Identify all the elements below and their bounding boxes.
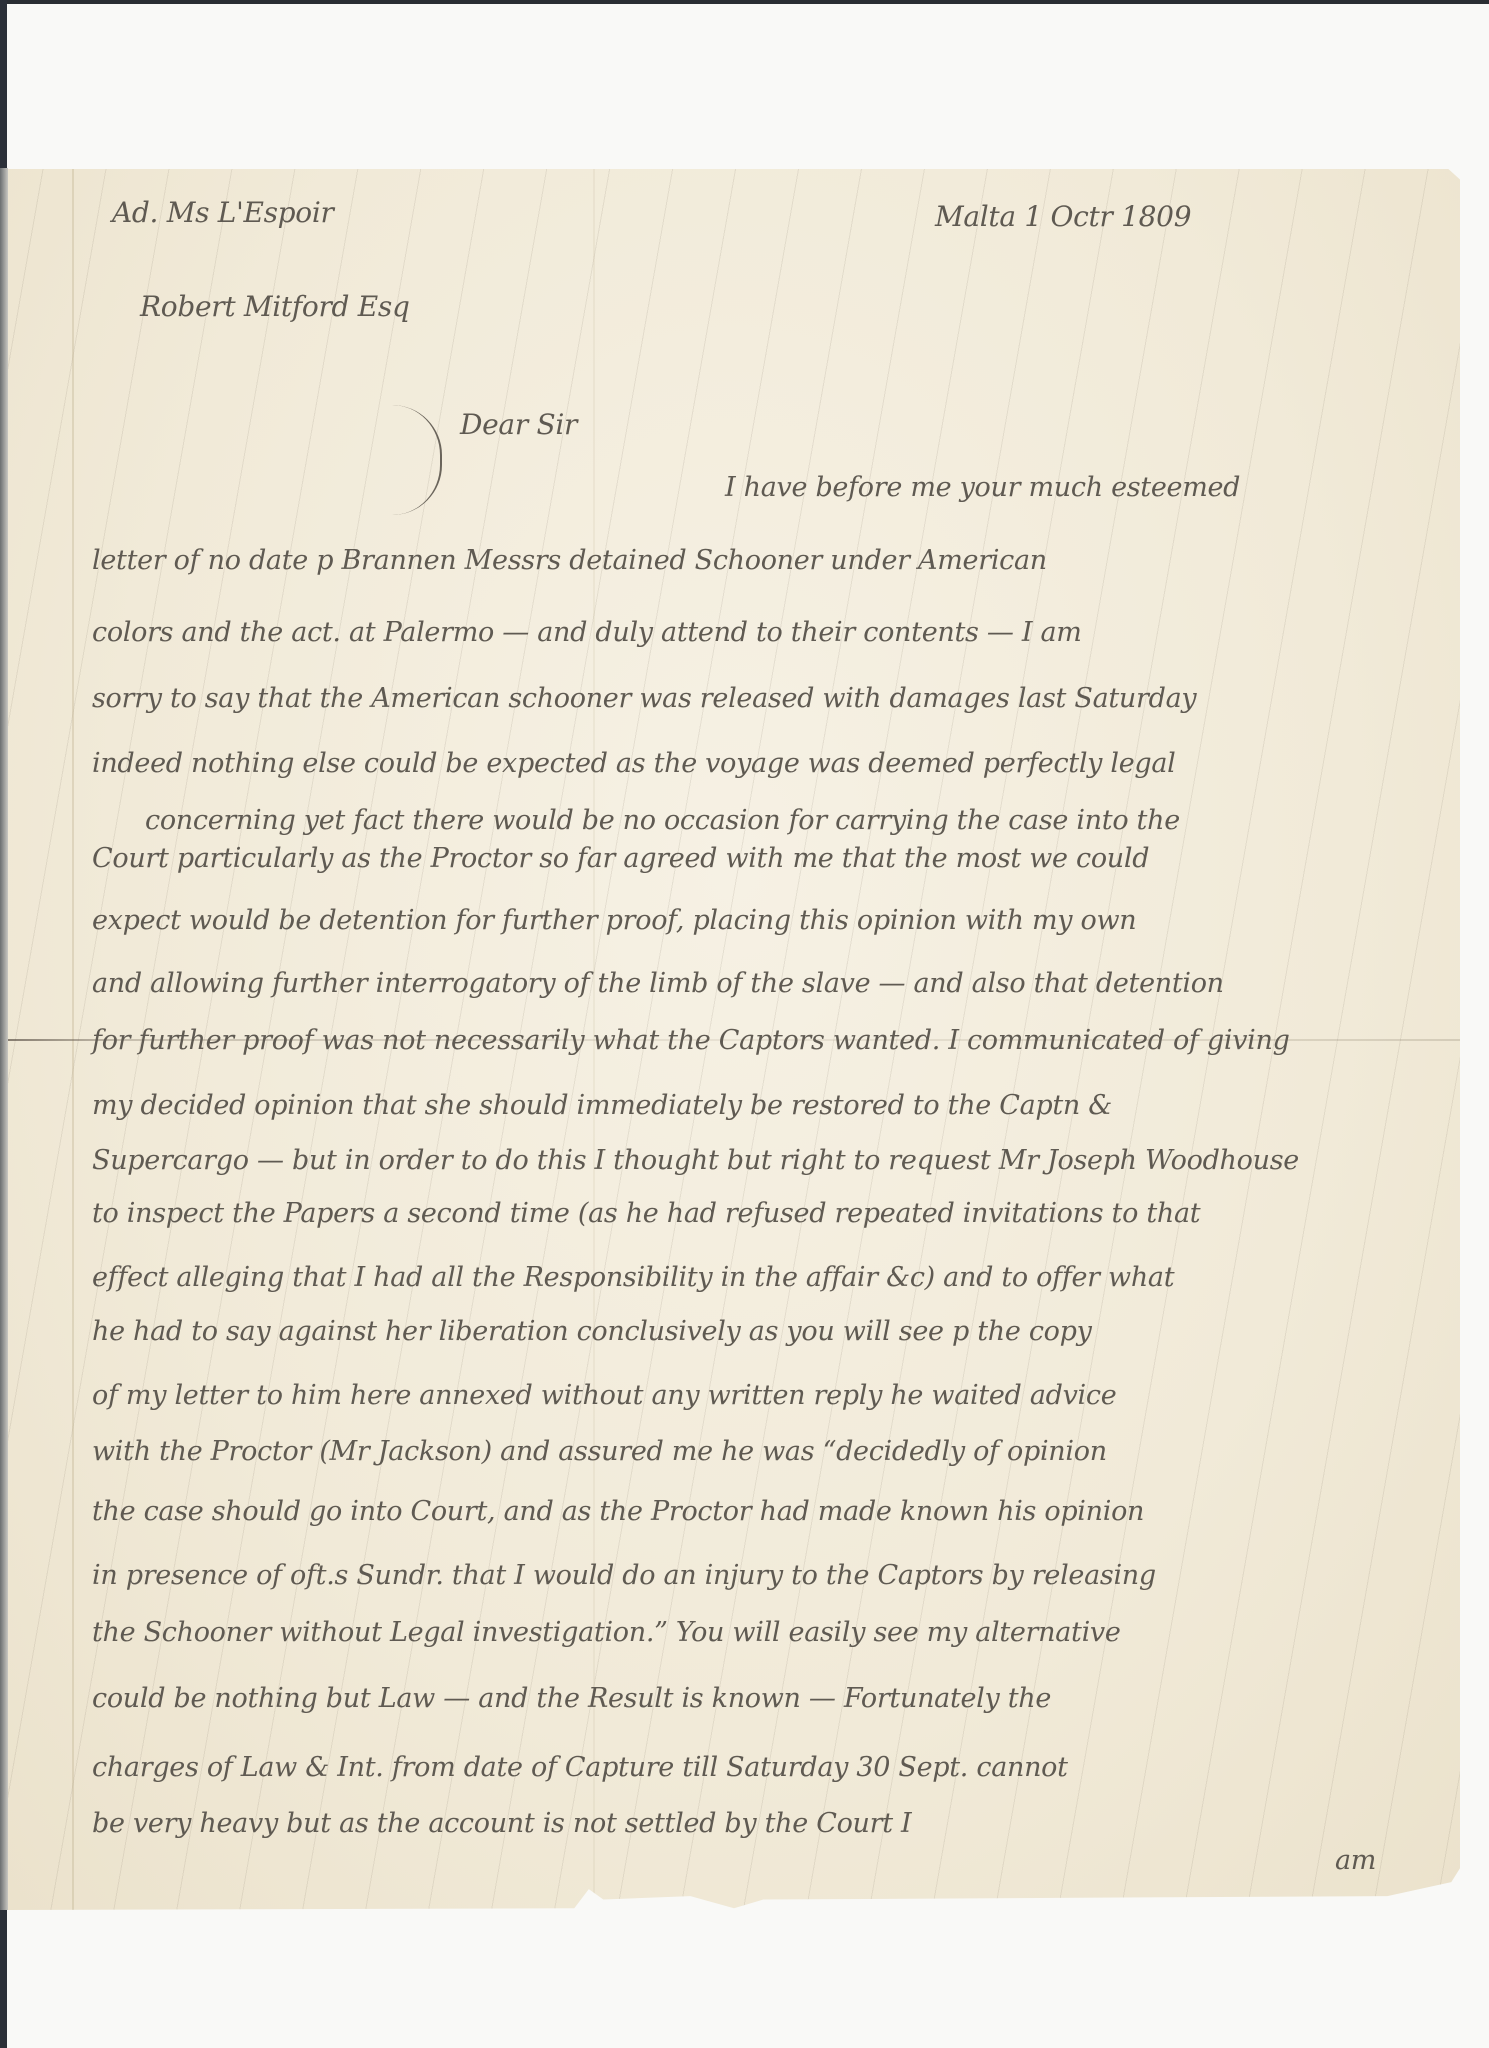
body-line: sorry to say that the American schooner … [92,683,1196,714]
body-line: I have before me your much esteemed [725,472,1240,503]
ship-name-line: Ad. Ms L'Espoir [112,196,334,229]
body-line: Court particularly as the Proctor so far… [92,843,1149,874]
body-line: the case should go into Court, and as th… [92,1496,1144,1527]
body-line: my decided opinion that she should immed… [92,1090,1112,1121]
salutation: Dear Sir [460,408,577,441]
body-line: indeed nothing else could be expected as… [92,748,1176,779]
body-line: for further proof was not necessarily wh… [92,1025,1290,1056]
paper-left-edge-shadow [0,168,8,1910]
body-line: and allowing further interrogatory of th… [92,968,1224,999]
scan-top-edge [0,0,1489,4]
body-line: effect alleging that I had all the Respo… [92,1262,1174,1293]
body-line: he had to say against her liberation con… [92,1316,1092,1347]
body-line: the Schooner without Legal investigation… [92,1617,1121,1648]
body-line: to inspect the Papers a second time (as … [92,1198,1200,1229]
body-line: expect would be detention for further pr… [92,905,1136,936]
addressee: Robert Mitford Esq [140,290,410,323]
body-line: be very heavy but as the account is not … [92,1808,911,1839]
body-line: with the Proctor (Mr Jackson) and assure… [92,1436,1107,1467]
catchword: am [1335,1845,1376,1876]
body-line: colors and the act. at Palermo — and dul… [92,617,1082,648]
body-line: Supercargo — but in order to do this I t… [92,1145,1299,1176]
body-line: of my letter to him here annexed without… [92,1380,1116,1411]
body-line: concerning yet fact there would be no oc… [145,805,1180,836]
place-date: Malta 1 Octr 1809 [935,200,1191,233]
body-line: letter of no date p Brannen Messrs detai… [92,545,1047,576]
body-line: could be nothing but Law — and the Resul… [92,1683,1051,1714]
body-line: in presence of oft.s Sundr. that I would… [92,1560,1156,1591]
body-line: charges of Law & Int. from date of Captu… [92,1752,1068,1783]
